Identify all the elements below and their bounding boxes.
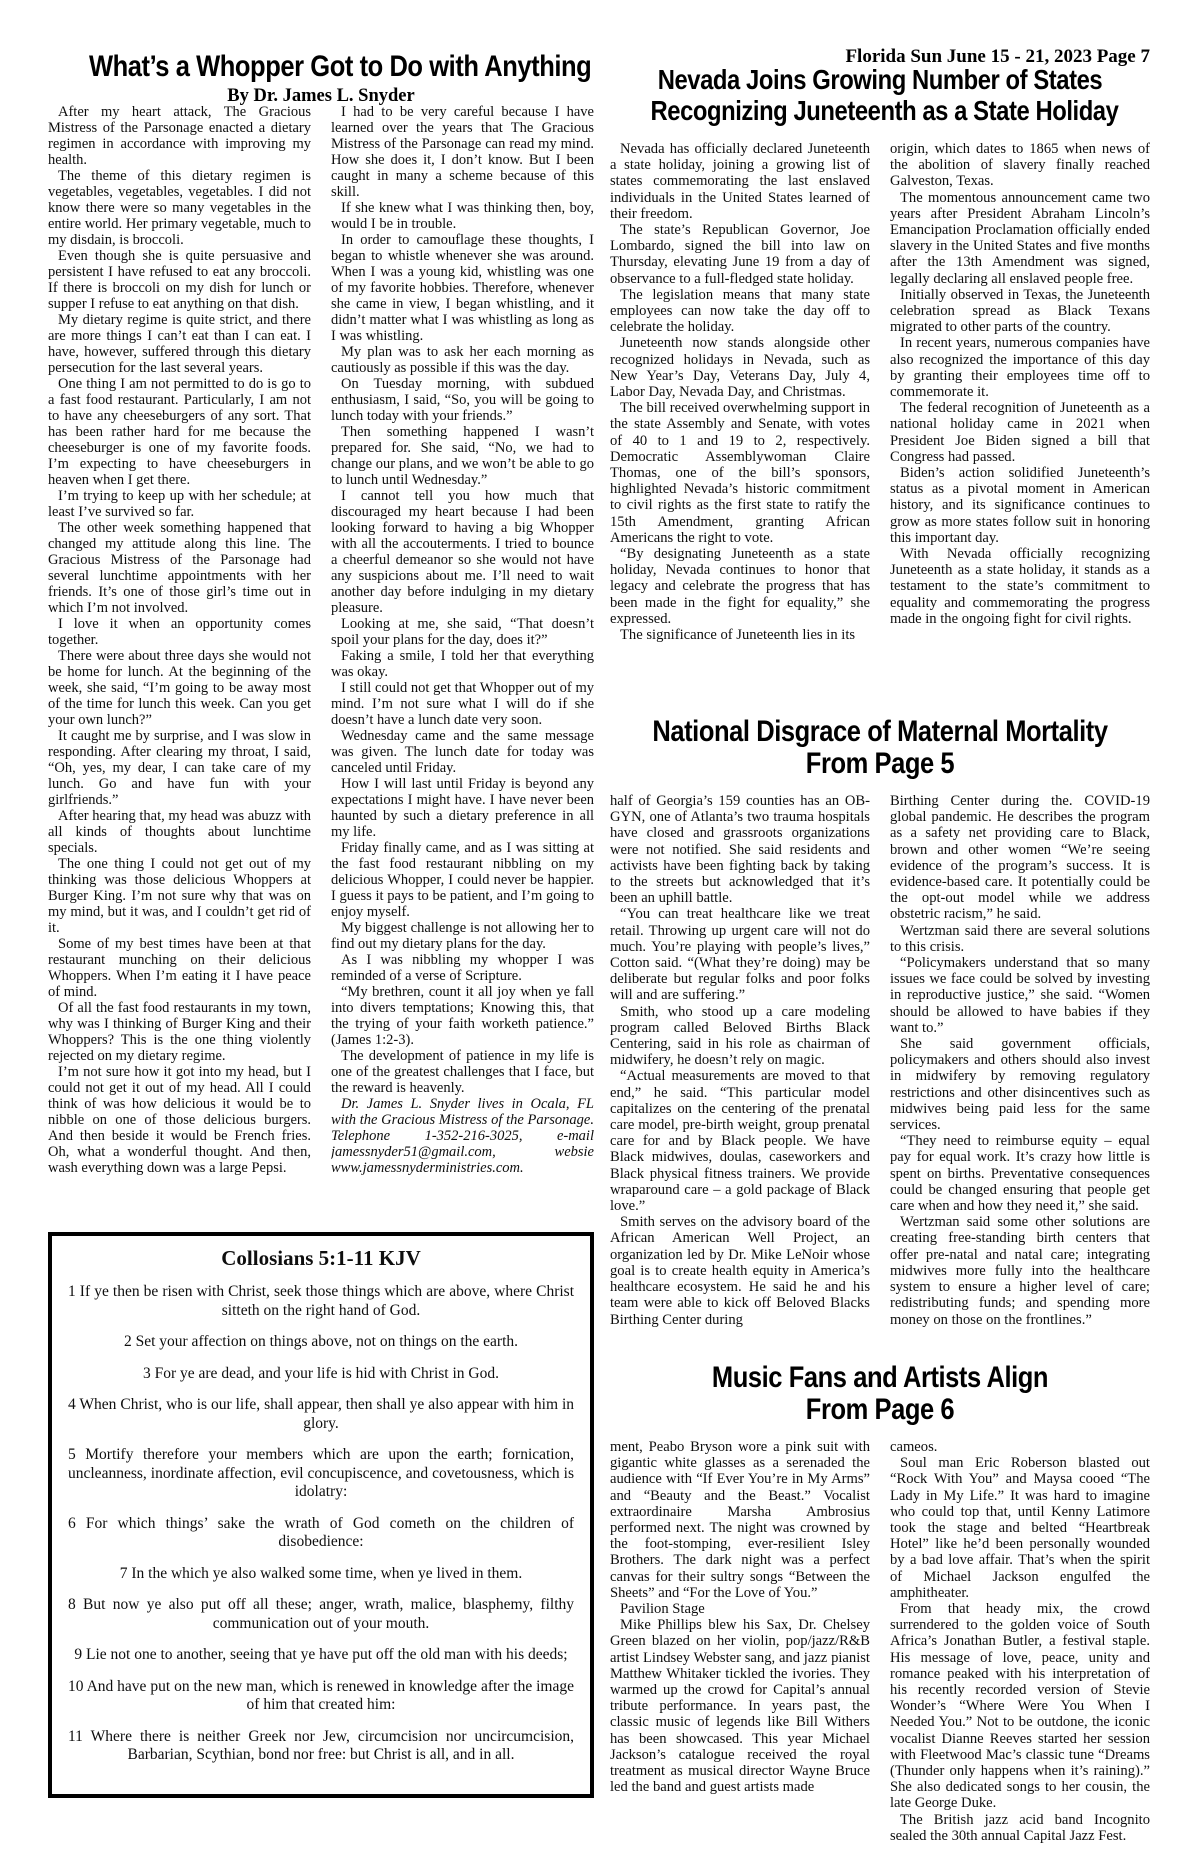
scripture-verse: 1 If ye then be risen with Christ, seek … <box>68 1283 574 1320</box>
paragraph: The other week something happened that c… <box>48 520 311 616</box>
scripture-verse: 11 Where there is neither Greek nor Jew,… <box>68 1728 574 1765</box>
whopper-column-2: I had to be very careful because I have … <box>331 104 594 1228</box>
paragraph: The British jazz acid band Incognito sea… <box>890 1812 1150 1844</box>
paragraph: half of Georgia’s 159 counties has an OB… <box>610 793 870 906</box>
scripture-verse: 3 For ye are dead, and your life is hid … <box>68 1365 574 1384</box>
nevada-title-line1: Nevada Joins Growing Number of States <box>651 64 1110 95</box>
paragraph: My dietary regime is quite strict, and t… <box>48 312 311 376</box>
paragraph: Biden’s action solidified Juneteenth’s s… <box>890 465 1150 546</box>
scripture-box-title: Collosians 5:1-11 KJV <box>68 1246 574 1271</box>
nevada-article-body: Nevada has officially declared Juneteent… <box>610 141 1150 707</box>
paragraph: The federal recognition of Juneteenth as… <box>890 400 1150 465</box>
paragraph: I’m trying to keep up with her schedule;… <box>48 488 311 520</box>
whopper-article-title: What’s a Whopper Got to Do with Anything <box>48 50 594 84</box>
paragraph: I cannot tell you how much that discoura… <box>331 488 594 616</box>
paragraph: After my heart attack, The Gracious Mist… <box>48 104 311 168</box>
paragraph: There were about three days she would no… <box>48 648 311 728</box>
paragraph: “Actual measurements are moved to that e… <box>610 1068 870 1214</box>
paragraph: From that heady mix, the crowd surrender… <box>890 1601 1150 1812</box>
paragraph: I’m not sure how it got into my head, bu… <box>48 1064 311 1176</box>
paragraph: Nevada has officially declared Juneteent… <box>610 141 870 222</box>
music-title-line2: From Page 6 <box>651 1394 1110 1426</box>
nevada-column-1: Nevada has officially declared Juneteent… <box>610 141 870 707</box>
paragraph: ment, Peabo Bryson wore a pink suit with… <box>610 1439 870 1601</box>
paragraph: Mike Phillips blew his Sax, Dr. Chelsey … <box>610 1617 870 1795</box>
paragraph: My biggest challenge is not allowing her… <box>331 920 594 952</box>
maternal-column-2: Birthing Center during the. COVID-19 glo… <box>890 793 1150 1353</box>
paragraph: Faking a smile, I told her that everythi… <box>331 648 594 680</box>
music-article-title: Music Fans and Artists Align From Page 6 <box>610 1362 1150 1426</box>
paragraph: cameos. <box>890 1439 1150 1455</box>
scripture-box: Collosians 5:1-11 KJV 1 If ye then be ri… <box>48 1232 594 1798</box>
paragraph: Even though she is quite persuasive and … <box>48 248 311 312</box>
music-column-2: cameos.Soul man Eric Roberson blasted ou… <box>890 1439 1150 1853</box>
maternal-article-body: half of Georgia’s 159 counties has an OB… <box>610 793 1150 1353</box>
paragraph: She said government officials, policymak… <box>890 1036 1150 1133</box>
paragraph: Pavilion Stage <box>610 1601 870 1617</box>
paragraph: The state’s Republican Governor, Joe Lom… <box>610 222 870 287</box>
paragraph: Looking at me, she said, “That doesn’t s… <box>331 616 594 648</box>
music-column-1: ment, Peabo Bryson wore a pink suit with… <box>610 1439 870 1853</box>
whopper-column-1: After my heart attack, The Gracious Mist… <box>48 104 311 1228</box>
paragraph: On Tuesday morning, with subdued enthusi… <box>331 376 594 424</box>
scripture-verses: 1 If ye then be risen with Christ, seek … <box>68 1283 574 1765</box>
paragraph: “My brethren, count it all joy when ye f… <box>331 984 594 1048</box>
maternal-column-1: half of Georgia’s 159 counties has an OB… <box>610 793 870 1353</box>
paragraph: Smith, who stood up a care modeling prog… <box>610 1004 870 1069</box>
paragraph: Smith serves on the advisory board of th… <box>610 1214 870 1327</box>
paragraph: In order to camouflage these thoughts, I… <box>331 232 594 344</box>
paragraph: It caught me by surprise, and I was slow… <box>48 728 311 808</box>
paragraph: Then something happened I wasn’t prepare… <box>331 424 594 488</box>
paragraph: How I will last until Friday is beyond a… <box>331 776 594 840</box>
paragraph: The bill received overwhelming support i… <box>610 400 870 546</box>
paragraph: origin, which dates to 1865 when news of… <box>890 141 1150 190</box>
paragraph: The one thing I could not get out of my … <box>48 856 311 936</box>
nevada-article-title: Nevada Joins Growing Number of States Re… <box>610 64 1150 126</box>
newspaper-page: Florida Sun June 15 - 21, 2023 Page 7 Wh… <box>0 0 1200 1855</box>
paragraph: “You can treat healthcare like we treat … <box>610 906 870 1003</box>
paragraph: If she knew what I was thinking then, bo… <box>331 200 594 232</box>
music-title-line1: Music Fans and Artists Align <box>651 1362 1110 1394</box>
paragraph: “By designating Juneteenth as a state ho… <box>610 546 870 627</box>
scripture-verse: 6 For which things’ sake the wrath of Go… <box>68 1515 574 1552</box>
paragraph: Wednesday came and the same message was … <box>331 728 594 776</box>
whopper-column-2-paragraphs: I had to be very careful because I have … <box>331 104 594 1096</box>
scripture-verse: 2 Set your affection on things above, no… <box>68 1333 574 1352</box>
paragraph: The development of patience in my life i… <box>331 1048 594 1096</box>
paragraph: Birthing Center during the. COVID-19 glo… <box>890 793 1150 923</box>
paragraph: Initially observed in Texas, the Junetee… <box>890 287 1150 336</box>
scripture-verse: 9 Lie not one to another, seeing that ye… <box>68 1646 574 1665</box>
paragraph: “Policymakers understand that so many is… <box>890 955 1150 1036</box>
paragraph: In recent years, numerous companies have… <box>890 335 1150 400</box>
paragraph: As I was nibbling my whopper I was remin… <box>331 952 594 984</box>
scripture-verse: 10 And have put on the new man, which is… <box>68 1678 574 1715</box>
maternal-title-line2: From Page 5 <box>651 748 1110 780</box>
nevada-title-line2: Recognizing Juneteenth as a State Holida… <box>651 95 1110 126</box>
scripture-verse: 4 When Christ, who is our life, shall ap… <box>68 1396 574 1433</box>
scripture-verse: 7 In the which ye also walked some time,… <box>68 1565 574 1584</box>
paragraph: Of all the fast food restaurants in my t… <box>48 1000 311 1064</box>
paragraph: Juneteenth now stands alongside other re… <box>610 335 870 400</box>
paragraph: Wertzman said there are several solution… <box>890 923 1150 955</box>
paragraph: The legislation means that many state em… <box>610 287 870 336</box>
paragraph: With Nevada officially recognizing Junet… <box>890 546 1150 627</box>
paragraph: Friday finally came, and as I was sittin… <box>331 840 594 920</box>
paragraph: I still could not get that Whopper out o… <box>331 680 594 728</box>
paragraph: The theme of this dietary regimen is veg… <box>48 168 311 248</box>
paragraph: The significance of Juneteenth lies in i… <box>610 627 870 643</box>
paragraph: One thing I am not permitted to do is go… <box>48 376 311 488</box>
paragraph: Soul man Eric Roberson blasted out “Rock… <box>890 1455 1150 1601</box>
paragraph: My plan was to ask her each morning as c… <box>331 344 594 376</box>
paragraph: I had to be very careful because I have … <box>331 104 594 200</box>
scripture-verse: 5 Mortify therefore your members which a… <box>68 1446 574 1502</box>
maternal-article-title: National Disgrace of Maternal Mortality … <box>610 716 1150 780</box>
paragraph: Wertzman said some other solutions are c… <box>890 1214 1150 1327</box>
paragraph: Some of my best times have been at that … <box>48 936 311 1000</box>
paragraph: The momentous announcement came two year… <box>890 190 1150 287</box>
whopper-title-text: What’s a Whopper Got to Do with Anything <box>89 50 553 84</box>
music-article-body: ment, Peabo Bryson wore a pink suit with… <box>610 1439 1150 1853</box>
paragraph: After hearing that, my head was abuzz wi… <box>48 808 311 856</box>
paragraph: I love it when an opportunity comes toge… <box>48 616 311 648</box>
author-bio: Dr. James L. Snyder lives in Ocala, FL w… <box>331 1096 594 1176</box>
maternal-title-line1: National Disgrace of Maternal Mortality <box>651 716 1110 748</box>
nevada-column-2: origin, which dates to 1865 when news of… <box>890 141 1150 707</box>
whopper-article-body: After my heart attack, The Gracious Mist… <box>48 104 594 1228</box>
scripture-verse: 8 But now ye also put off all these; ang… <box>68 1596 574 1633</box>
paragraph: “They need to reimburse equity – equal p… <box>890 1133 1150 1214</box>
